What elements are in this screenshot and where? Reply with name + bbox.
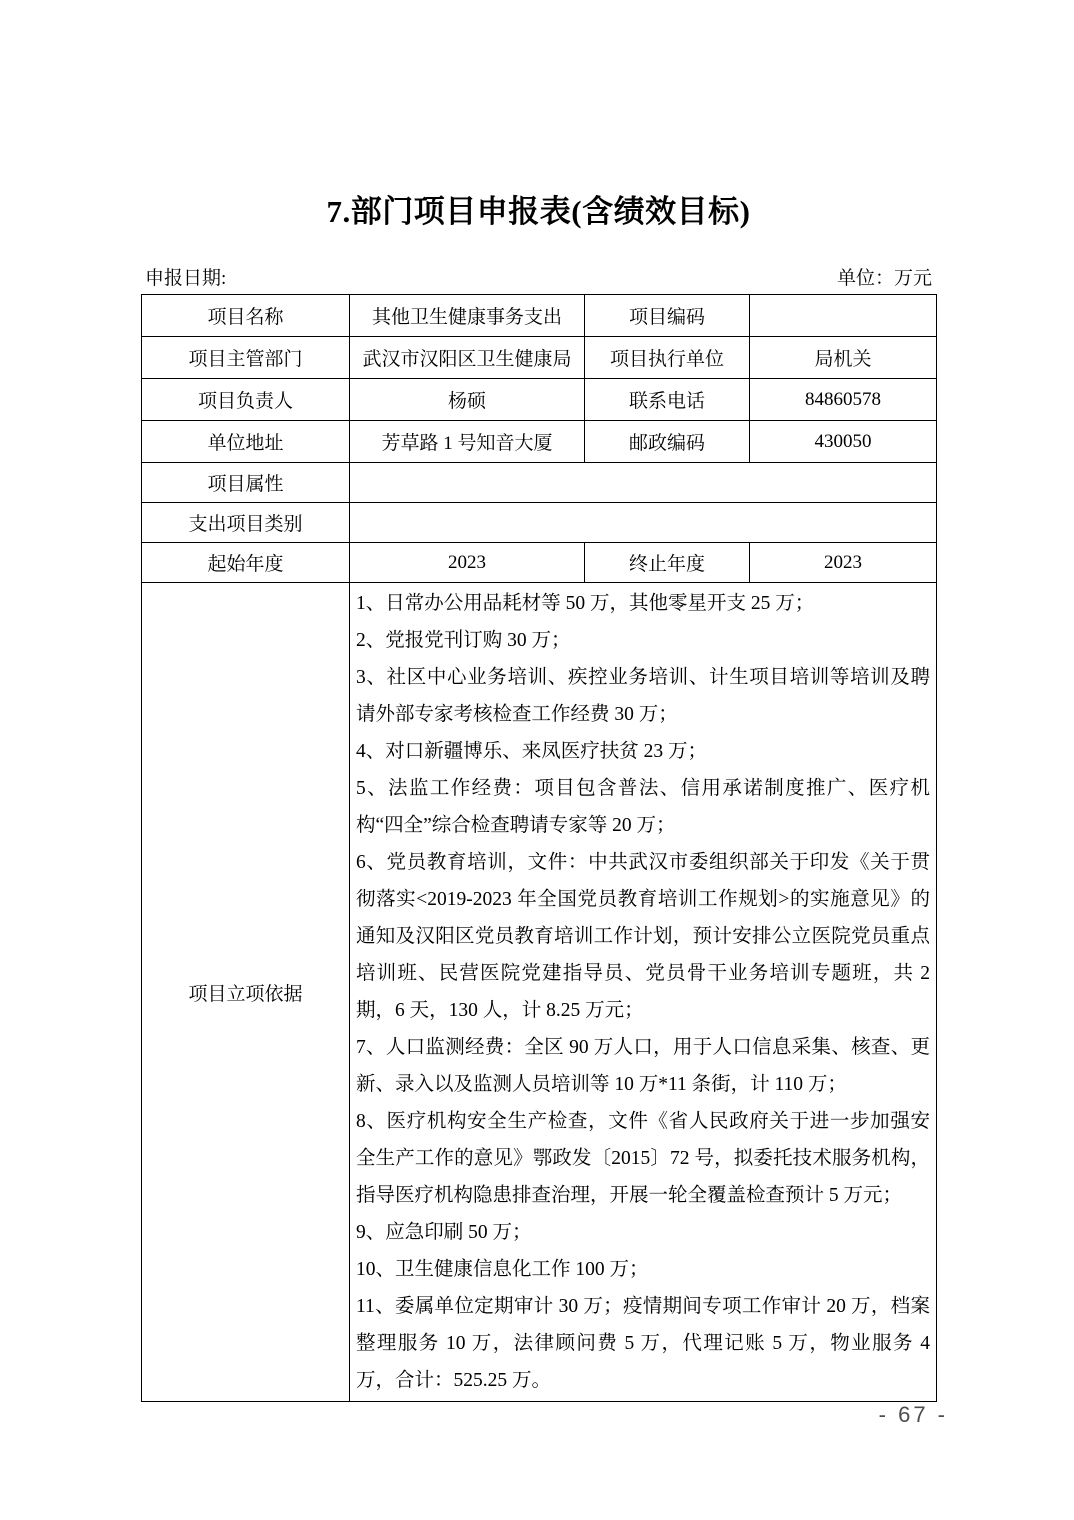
project-name-value: 其他卫生健康事务支出 [350,295,585,337]
unit-address-label: 单位地址 [142,421,350,463]
basis-item: 8、医疗机构安全生产检查，文件《省人民政府关于进一步加强安全生产工作的意见》鄂政… [356,1103,930,1214]
end-year-label: 终止年度 [585,543,750,583]
basis-item: 5、法监工作经费：项目包含普法、信用承诺制度推广、医疗机构“四全”综合检查聘请专… [356,770,930,844]
executing-unit-value: 局机关 [750,337,937,379]
basis-item: 11、委属单位定期审计 30 万；疫情期间专项工作审计 20 万，档案整理服务 … [356,1288,930,1399]
basis-item: 3、社区中心业务培训、疾控业务培训、计生项目培训等培训及聘请外部专家考核检查工作… [356,659,930,733]
project-attribute-label: 项目属性 [142,463,350,503]
project-leader-label: 项目负责人 [142,379,350,421]
unit-label: 单位：万元 [837,263,932,290]
project-basis-content: 1、日常办公用品耗材等 50 万，其他零星开支 25 万； 2、党报党刊订购 3… [350,583,937,1402]
table-row: 项目属性 [142,463,937,503]
basis-item: 4、对口新疆博乐、来凤医疗扶贫 23 万； [356,733,930,770]
table-row: 项目主管部门 武汉市汉阳区卫生健康局 项目执行单位 局机关 [142,337,937,379]
basis-item: 7、人口监测经费：全区 90 万人口，用于人口信息采集、核查、更新、录入以及监测… [356,1029,930,1103]
project-code-label: 项目编码 [585,295,750,337]
table-row: 单位地址 芳草路 1 号知音大厦 邮政编码 430050 [142,421,937,463]
basis-item: 1、日常办公用品耗材等 50 万，其他零星开支 25 万； [356,585,930,622]
postal-code-value: 430050 [750,421,937,463]
project-leader-value: 杨硕 [350,379,585,421]
report-date-label: 申报日期: [145,263,226,290]
document-content: 7.部门项目申报表(含绩效目标) 申报日期: 单位：万元 项目名称 其他卫生健康… [141,0,936,1402]
start-year-label: 起始年度 [142,543,350,583]
table-row: 项目立项依据 1、日常办公用品耗材等 50 万，其他零星开支 25 万； 2、党… [142,583,937,1402]
table-row: 项目负责人 杨硕 联系电话 84860578 [142,379,937,421]
table-row: 起始年度 2023 终止年度 2023 [142,543,937,583]
project-basis-label: 项目立项依据 [142,583,350,1402]
project-name-label: 项目名称 [142,295,350,337]
expenditure-category-label: 支出项目类别 [142,503,350,543]
basis-item: 6、党员教育培训，文件：中共武汉市委组织部关于印发《关于贯彻落实<2019-20… [356,844,930,1029]
table-row: 支出项目类别 [142,503,937,543]
basis-item: 2、党报党刊订购 30 万； [356,622,930,659]
expenditure-category-value [350,503,937,543]
project-code-value [750,295,937,337]
page-title: 7.部门项目申报表(含绩效目标) [141,186,936,231]
table-row: 项目名称 其他卫生健康事务支出 项目编码 [142,295,937,337]
contact-phone-value: 84860578 [750,379,937,421]
basis-item: 10、卫生健康信息化工作 100 万； [356,1251,930,1288]
basis-item: 9、应急印刷 50 万； [356,1214,930,1251]
competent-dept-value: 武汉市汉阳区卫生健康局 [350,337,585,379]
start-year-value: 2023 [350,543,585,583]
unit-address-value: 芳草路 1 号知音大厦 [350,421,585,463]
postal-code-label: 邮政编码 [585,421,750,463]
page-number: - 67 - [879,1402,948,1428]
project-attribute-value [350,463,937,503]
project-application-table: 项目名称 其他卫生健康事务支出 项目编码 项目主管部门 武汉市汉阳区卫生健康局 … [141,294,937,1402]
competent-dept-label: 项目主管部门 [142,337,350,379]
meta-row: 申报日期: 单位：万元 [141,263,936,290]
document-page: 7.部门项目申报表(含绩效目标) 申报日期: 单位：万元 项目名称 其他卫生健康… [0,0,1074,1520]
executing-unit-label: 项目执行单位 [585,337,750,379]
contact-phone-label: 联系电话 [585,379,750,421]
end-year-value: 2023 [750,543,937,583]
